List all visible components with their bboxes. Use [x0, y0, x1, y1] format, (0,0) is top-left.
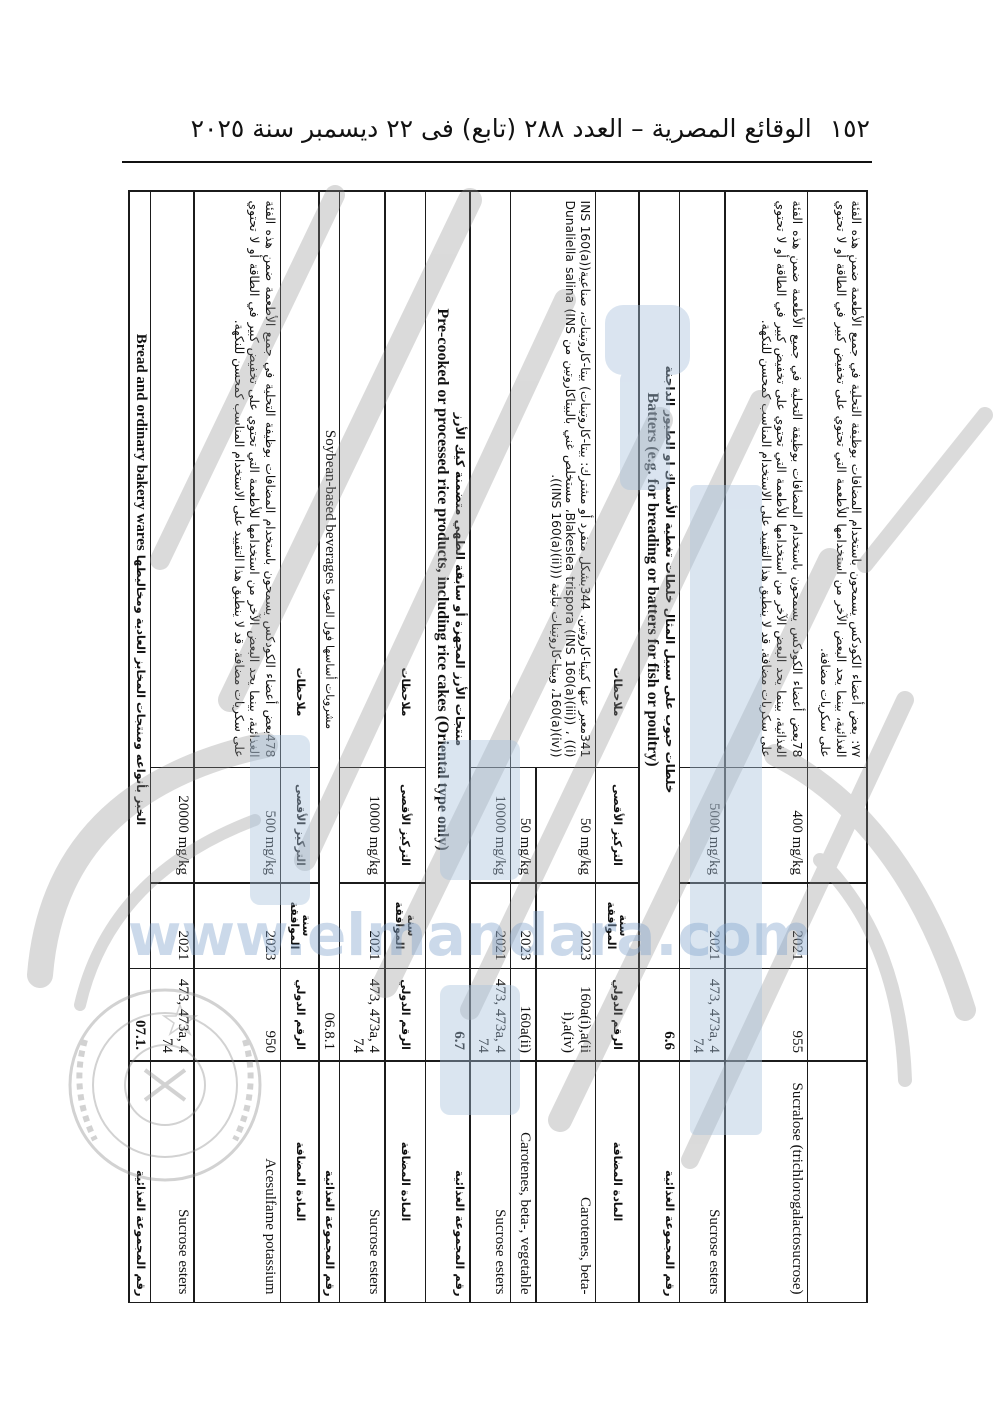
additive-name — [809, 1062, 867, 1302]
ins-number: 160a(ii) — [512, 969, 536, 1060]
ins-number: 950 — [195, 969, 280, 1060]
max-level: 10000 mg/kg — [471, 768, 510, 882]
notes-cell — [341, 192, 385, 767]
ins-number: 473, 473a, 474 — [152, 969, 194, 1060]
column-header-additive: المادة المضافة — [386, 1062, 425, 1302]
approval-year — [809, 884, 867, 968]
approval-year: 2021 — [471, 884, 510, 968]
notes-cell — [471, 192, 510, 767]
notes-cell: 341معبر عنها كبيتا-كاروتين. 344بشكل منفر… — [512, 192, 596, 767]
category-code: 6.7 — [427, 969, 470, 1060]
category-title-english: Pre-cooked or processed rice products, i… — [434, 198, 452, 962]
approval-year: 2023 — [537, 884, 595, 968]
category-title: الخبز بأنواعه ومنتجات المخابز العادية وم… — [130, 192, 150, 968]
category-code: 06.8.1 — [320, 969, 339, 1060]
category-title: خلطات حبوب على سبيل المثال خلطات تغطية ا… — [640, 192, 679, 968]
column-header-max-level: التركيز الأقصى — [386, 768, 425, 882]
column-header-notes: ملاحظات — [386, 192, 425, 767]
page-number: ١٥٢ — [830, 114, 870, 143]
gazette-title: الوقائع المصرية – العدد ٢٨٨ (تابع) فى ٢٢… — [191, 114, 812, 143]
notes-cell — [681, 192, 725, 767]
category-title-arabic: الخبز بأنواعه ومنتجات المخابز العادية وم… — [134, 555, 148, 825]
category-label: رقم المجموعة الغذائية — [320, 1062, 339, 1302]
additive-name: Sucrose esters — [471, 1062, 510, 1302]
additives-table-grid: ٧٧: بعض أعضاء الكودكس يسمحون باستخدام ال… — [128, 190, 868, 1303]
notes-cell: 78بعض أعضاء الكودكس يسمحون باستخدام المض… — [726, 192, 807, 767]
column-header-ins: الرقم الدولي — [282, 969, 319, 1060]
column-header-max-level: التركيز الأقصى — [597, 768, 639, 882]
additive-name: Carotenes, beta- — [537, 1062, 595, 1302]
additive-name: Acesulfame potassium — [195, 1062, 280, 1302]
category-title: مشروبات أساسها فول الصويا Soybean-based … — [320, 192, 339, 968]
ins-number: 955 — [726, 969, 807, 1060]
ins-number: 473, 473a, 474 — [341, 969, 385, 1060]
approval-year: 2021 — [726, 884, 807, 968]
approval-year: 2021 — [152, 884, 194, 968]
category-code: 6.6 — [640, 969, 679, 1060]
additive-name: Sucrose esters — [341, 1062, 385, 1302]
column-header-max-level: التركيز الأقصى — [282, 768, 319, 882]
column-header-notes: ملاحظات — [597, 192, 639, 767]
category-label: رقم المجموعة الغذائية — [427, 1062, 470, 1302]
additives-table: ٧٧: بعض أعضاء الكودكس يسمحون باستخدام ال… — [128, 190, 868, 1303]
notes-cell: 478بعض أعضاء الكودكس يسمحون باستخدام الم… — [195, 192, 280, 767]
category-title: منتجات الأرز المجهزة أو سابقة الطهي متضم… — [427, 192, 470, 968]
ins-number: 160a(i),a(iii),a(iv) — [537, 969, 595, 1060]
category-code: 07.1. — [130, 969, 150, 1060]
column-header-ins: الرقم الدولي — [597, 969, 639, 1060]
approval-year: 2023 — [195, 884, 280, 968]
ins-number — [809, 969, 867, 1060]
max-level: 5000 mg/kg — [681, 768, 725, 882]
approval-year: 2021 — [341, 884, 385, 968]
page-header: ١٥٢الوقائع المصرية – العدد ٢٨٨ (تابع) فى… — [191, 110, 870, 148]
max-level: 50 mg/kg — [512, 768, 536, 882]
column-header-year: سنة الموافقة — [597, 884, 639, 968]
max-level: 20000 mg/kg — [152, 768, 194, 882]
max-level: 10000 mg/kg — [341, 768, 385, 882]
approval-year: 2023 — [512, 884, 536, 968]
notes-cell — [152, 192, 194, 767]
notes-cell: ٧٧: بعض أعضاء الكودكس يسمحون باستخدام ال… — [809, 192, 867, 767]
max-level: 400 mg/kg — [726, 768, 807, 882]
max-level — [809, 768, 867, 882]
category-title-english: Batters (e.g. for breading or batters fo… — [643, 198, 661, 962]
additive-name: Sucrose esters — [152, 1062, 194, 1302]
category-label: رقم المجموعة الغذائية — [640, 1062, 679, 1302]
category-title-arabic: خلطات حبوب على سبيل المثال خلطات تغطية ا… — [661, 198, 678, 962]
column-header-additive: المادة المضافة — [282, 1062, 319, 1302]
category-title-arabic: منتجات الأرز المجهزة أو سابقة الطهي متضم… — [452, 198, 469, 962]
additive-name: Carotenes, beta-, vegetable — [512, 1062, 536, 1302]
category-title-english: Bread and ordinary bakery wares — [133, 334, 149, 551]
column-header-year: سنة الموافقة — [386, 884, 425, 968]
max-level: 50 mg/kg — [537, 768, 595, 882]
category-label: رقم المجموعة الغذائية — [130, 1062, 150, 1302]
category-title-arabic: مشروبات أساسها فول الصويا — [323, 588, 337, 729]
category-title-english: Soybean-based beverages — [322, 430, 338, 585]
header-divider — [122, 161, 872, 163]
approval-year: 2021 — [681, 884, 725, 968]
ins-number: 473, 473a, 474 — [471, 969, 510, 1060]
column-header-notes: ملاحظات — [282, 192, 319, 767]
ins-number: 473, 473a, 474 — [681, 969, 725, 1060]
additive-name: Sucralose (trichlorogalactosucrose) — [726, 1062, 807, 1302]
column-header-additive: المادة المضافة — [597, 1062, 639, 1302]
max-level: 500 mg/kg — [195, 768, 280, 882]
column-header-year: سنة الموافقة — [282, 884, 319, 968]
additive-name: Sucrose esters — [681, 1062, 725, 1302]
column-header-ins: الرقم الدولي — [386, 969, 425, 1060]
